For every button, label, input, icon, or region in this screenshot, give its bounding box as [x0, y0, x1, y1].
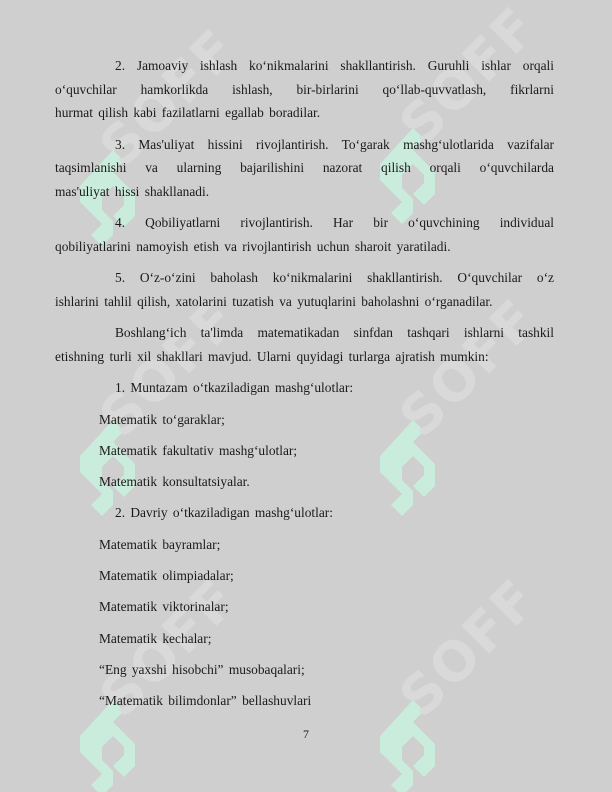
list-item: Matematik konsultatsiyalar.	[85, 470, 554, 494]
paragraph-team-skills: 2. Jamoaviy ishlash ko‘nikmalarini shakl…	[85, 54, 554, 125]
paragraph-abilities: 4. Qobiliyatlarni rivojlantirish. Har bi…	[85, 211, 554, 258]
paragraph-self-assessment: 5. O‘z-o‘zini baholash ko‘nikmalarini sh…	[85, 266, 554, 313]
list-item: “Matematik bilimdonlar” bellashuvlari	[85, 689, 554, 713]
list-item: Matematik viktorinalar;	[85, 595, 554, 619]
list-item: Matematik to‘garaklar;	[85, 408, 554, 432]
list-item: Matematik bayramlar;	[85, 533, 554, 557]
list-item: Matematik olimpiadalar;	[85, 564, 554, 588]
document-body: 2. Jamoaviy ishlash ko‘nikmalarini shakl…	[85, 54, 554, 720]
list-item: Matematik fakultativ mashg‘ulotlar;	[85, 439, 554, 463]
list-heading-periodic: 2. Davriy o‘tkaziladigan mashg‘ulotlar:	[85, 501, 554, 525]
document-page: SOFFSOFFSOFFSOFFSOFFSOFF 2. Jamoaviy ish…	[0, 0, 612, 792]
paragraph-forms-intro: Boshlang‘ich ta'limda matematikadan sinf…	[85, 321, 554, 368]
paragraph-responsibility: 3. Mas'uliyat hissini rivojlantirish. To…	[85, 133, 554, 204]
list-item: Matematik kechalar;	[85, 627, 554, 651]
list-heading-regular: 1. Muntazam o‘tkaziladigan mashg‘ulotlar…	[85, 376, 554, 400]
list-item: “Eng yaxshi hisobchi” musobaqalari;	[85, 658, 554, 682]
page-number: 7	[0, 727, 612, 742]
